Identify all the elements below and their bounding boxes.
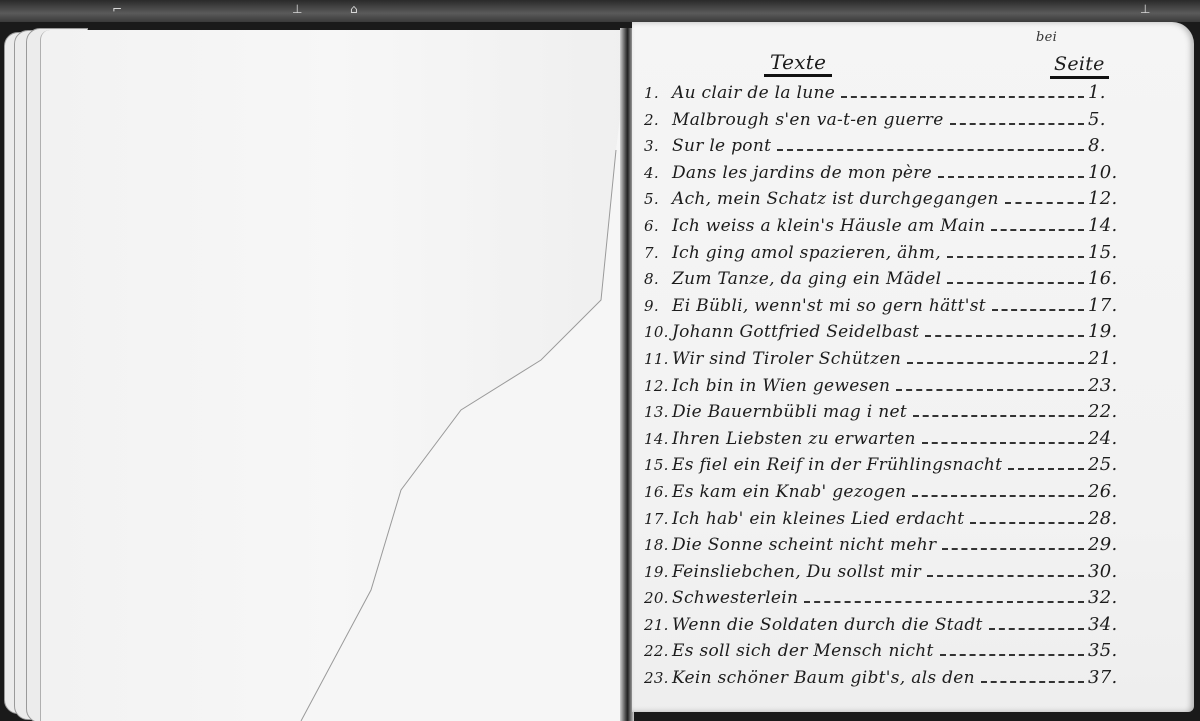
toc-entry: 5.Ach, mein Schatz ist durchgegangen12. bbox=[644, 188, 1124, 215]
entry-number: 9. bbox=[644, 297, 672, 315]
entry-page: 23. bbox=[1088, 375, 1124, 396]
entry-page: 8. bbox=[1088, 135, 1124, 156]
entry-number: 13. bbox=[644, 403, 672, 421]
entry-title: Ich ging amol spazieren, ähm, bbox=[672, 243, 941, 263]
entry-number: 23. bbox=[644, 669, 672, 687]
toc-list: 1.Au clair de la lune1. 2.Malbrough s'en… bbox=[644, 82, 1124, 694]
entry-number: 12. bbox=[644, 377, 672, 395]
toc-entry: 23.Kein schöner Baum gibt's, als den37. bbox=[644, 667, 1124, 694]
dash-leader bbox=[981, 680, 1084, 683]
entry-number: 14. bbox=[644, 430, 672, 448]
entry-page: 32. bbox=[1088, 587, 1124, 608]
entry-title: Johann Gottfried Seidelbast bbox=[672, 322, 919, 342]
entry-title: Feinsliebchen, Du sollst mir bbox=[672, 562, 921, 582]
entry-number: 2. bbox=[644, 111, 672, 129]
toc-entry: 11.Wir sind Tiroler Schützen21. bbox=[644, 348, 1124, 375]
dash-leader bbox=[940, 653, 1084, 656]
toc-entry: 14.Ihren Liebsten zu erwarten24. bbox=[644, 428, 1124, 455]
dash-leader bbox=[970, 521, 1084, 524]
entry-number: 16. bbox=[644, 483, 672, 501]
entry-title: Wenn die Soldaten durch die Stadt bbox=[672, 615, 983, 635]
entry-number: 11. bbox=[644, 350, 672, 368]
cover-pattern-mark: ⌐ bbox=[112, 2, 122, 16]
toc-entry: 6.Ich weiss a klein's Häusle am Main14. bbox=[644, 215, 1124, 242]
dash-leader bbox=[913, 414, 1084, 417]
dash-leader bbox=[938, 175, 1084, 178]
dash-leader bbox=[907, 361, 1084, 364]
dash-leader bbox=[947, 281, 1084, 284]
notebook-cover-top: ⌐ ⊥ ⌂ ⊥ bbox=[0, 0, 1200, 22]
entry-number: 18. bbox=[644, 536, 672, 554]
entry-title: Ich bin in Wien gewesen bbox=[672, 376, 890, 396]
entry-page: 30. bbox=[1088, 561, 1124, 582]
entry-number: 22. bbox=[644, 642, 672, 660]
toc-entry: 12.Ich bin in Wien gewesen23. bbox=[644, 375, 1124, 402]
toc-entry: 16.Es kam ein Knab' gezogen26. bbox=[644, 481, 1124, 508]
entry-page: 17. bbox=[1088, 295, 1124, 316]
toc-entry: 2.Malbrough s'en va-t-en guerre5. bbox=[644, 109, 1124, 136]
entry-title: Ich weiss a klein's Häusle am Main bbox=[672, 216, 985, 236]
entry-number: 17. bbox=[644, 510, 672, 528]
entry-number: 6. bbox=[644, 217, 672, 235]
toc-entry: 21.Wenn die Soldaten durch die Stadt34. bbox=[644, 614, 1124, 641]
entry-page: 34. bbox=[1088, 614, 1124, 635]
entry-number: 10. bbox=[644, 323, 672, 341]
entry-title: Ich hab' ein kleines Lied erdacht bbox=[672, 509, 964, 529]
entry-title: Malbrough s'en va-t-en guerre bbox=[672, 110, 944, 130]
toc-entry: 18.Die Sonne scheint nicht mehr29. bbox=[644, 534, 1124, 561]
entry-number: 20. bbox=[644, 589, 672, 607]
entry-page: 10. bbox=[1088, 162, 1124, 183]
entry-page: 12. bbox=[1088, 188, 1124, 209]
dash-leader bbox=[992, 308, 1084, 311]
entry-title: Die Sonne scheint nicht mehr bbox=[672, 535, 936, 555]
toc-entry: 10.Johann Gottfried Seidelbast19. bbox=[644, 321, 1124, 348]
entry-page: 16. bbox=[1088, 268, 1124, 289]
dash-leader bbox=[942, 547, 1084, 550]
entry-page: 21. bbox=[1088, 348, 1124, 369]
entry-number: 19. bbox=[644, 563, 672, 581]
entry-title: Ach, mein Schatz ist durchgegangen bbox=[672, 189, 999, 209]
toc-entry: 17.Ich hab' ein kleines Lied erdacht28. bbox=[644, 508, 1124, 535]
entry-title: Wir sind Tiroler Schützen bbox=[672, 349, 901, 369]
entry-page: 14. bbox=[1088, 215, 1124, 236]
entry-title: Ihren Liebsten zu erwarten bbox=[672, 429, 916, 449]
toc-entry: 13.Die Bauernbübli mag i net22. bbox=[644, 401, 1124, 428]
entry-number: 21. bbox=[644, 616, 672, 634]
entry-page: 37. bbox=[1088, 667, 1124, 688]
dash-leader bbox=[1005, 201, 1084, 204]
dash-leader bbox=[1008, 467, 1084, 470]
dash-leader bbox=[927, 574, 1084, 577]
toc-entry: 7.Ich ging amol spazieren, ähm,15. bbox=[644, 242, 1124, 269]
cover-pattern-mark: ⊥ bbox=[292, 2, 302, 16]
entry-page: 35. bbox=[1088, 640, 1124, 661]
dash-leader bbox=[896, 388, 1084, 391]
toc-entry: 19.Feinsliebchen, Du sollst mir30. bbox=[644, 561, 1124, 588]
dash-leader bbox=[925, 334, 1084, 337]
dash-leader bbox=[947, 255, 1084, 258]
toc-entry: 8.Zum Tanze, da ging ein Mädel16. bbox=[644, 268, 1124, 295]
header-annotation: bei bbox=[1036, 30, 1057, 45]
dash-leader bbox=[950, 122, 1084, 125]
dash-leader bbox=[841, 95, 1084, 98]
entry-title: Dans les jardins de mon père bbox=[672, 163, 932, 183]
entry-number: 8. bbox=[644, 270, 672, 288]
entry-number: 3. bbox=[644, 137, 672, 155]
entry-title: Schwesterlein bbox=[672, 588, 798, 608]
entry-number: 4. bbox=[644, 164, 672, 182]
entry-title: Au clair de la lune bbox=[672, 83, 835, 103]
column-header-title: Texte bbox=[764, 50, 832, 77]
column-header-page: Seite bbox=[1050, 52, 1109, 79]
entry-page: 5. bbox=[1088, 109, 1124, 130]
dash-leader bbox=[922, 441, 1084, 444]
toc-entry: 4.Dans les jardins de mon père10. bbox=[644, 162, 1124, 189]
entry-number: 15. bbox=[644, 456, 672, 474]
cover-pattern-mark: ⌂ bbox=[350, 2, 358, 16]
dash-leader bbox=[912, 494, 1084, 497]
entry-page: 26. bbox=[1088, 481, 1124, 502]
entry-page: 19. bbox=[1088, 321, 1124, 342]
entry-title: Es fiel ein Reif in der Frühlingsnacht bbox=[672, 455, 1002, 475]
entry-page: 22. bbox=[1088, 401, 1124, 422]
entry-page: 1. bbox=[1088, 82, 1124, 103]
toc-entry: 3.Sur le pont8. bbox=[644, 135, 1124, 162]
toc-entry: 9.Ei Bübli, wenn'st mi so gern hätt'st17… bbox=[644, 295, 1124, 322]
toc-entry: 1.Au clair de la lune1. bbox=[644, 82, 1124, 109]
entry-title: Es soll sich der Mensch nicht bbox=[672, 641, 934, 661]
toc-entry: 20.Schwesterlein32. bbox=[644, 587, 1124, 614]
toc-entry: 22.Es soll sich der Mensch nicht35. bbox=[644, 640, 1124, 667]
entry-page: 28. bbox=[1088, 508, 1124, 529]
entry-title: Sur le pont bbox=[672, 136, 771, 156]
entry-page: 29. bbox=[1088, 534, 1124, 555]
entry-title: Ei Bübli, wenn'st mi so gern hätt'st bbox=[672, 296, 986, 316]
right-page-table-of-contents: bei Texte Seite 1.Au clair de la lune1. … bbox=[632, 22, 1194, 712]
entry-number: 5. bbox=[644, 190, 672, 208]
left-page bbox=[40, 30, 631, 721]
entry-page: 25. bbox=[1088, 454, 1124, 475]
dash-leader bbox=[989, 627, 1084, 630]
dash-leader bbox=[777, 148, 1084, 151]
dash-leader bbox=[804, 600, 1084, 603]
entry-page: 15. bbox=[1088, 242, 1124, 263]
entry-title: Kein schöner Baum gibt's, als den bbox=[672, 668, 975, 688]
toc-entry: 15.Es fiel ein Reif in der Frühlingsnach… bbox=[644, 454, 1124, 481]
entry-number: 7. bbox=[644, 244, 672, 262]
entry-title: Zum Tanze, da ging ein Mädel bbox=[672, 269, 941, 289]
entry-title: Es kam ein Knab' gezogen bbox=[672, 482, 906, 502]
entry-title: Die Bauernbübli mag i net bbox=[672, 402, 907, 422]
cover-pattern-mark: ⊥ bbox=[1140, 2, 1150, 16]
dash-leader bbox=[991, 228, 1084, 231]
entry-number: 1. bbox=[644, 84, 672, 102]
torn-page-edge bbox=[41, 30, 631, 721]
entry-page: 24. bbox=[1088, 428, 1124, 449]
